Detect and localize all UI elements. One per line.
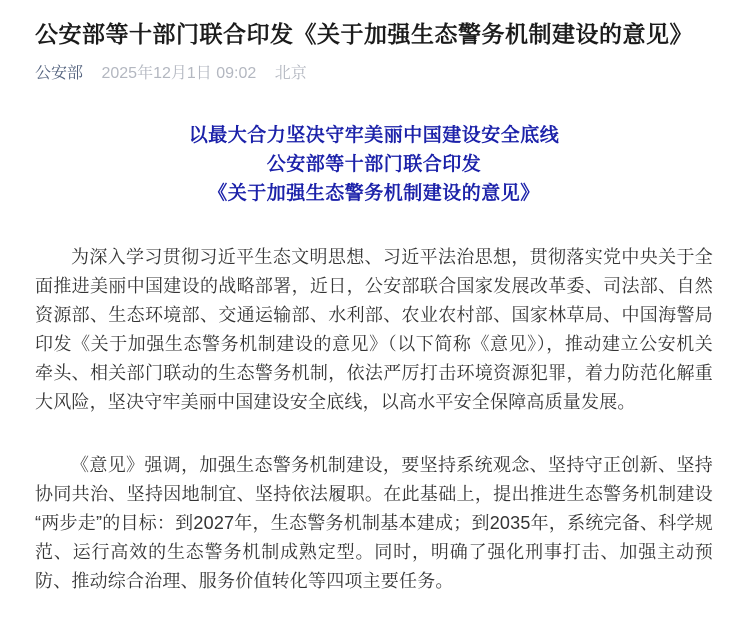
article-page: 公安部等十部门联合印发《关于加强生态警务机制建设的意见》 公安部 2025年12…	[0, 18, 748, 626]
article-body: 为深入学习贯彻习近平生态文明思想、习近平法治思想，贯彻落实党中央关于全面推进美丽…	[35, 243, 713, 596]
subheadline: 以最大合力坚决守牢美丽中国建设安全底线 公安部等十部门联合印发 《关于加强生态警…	[35, 121, 713, 208]
publish-datetime: 2025年12月1日 09:02	[101, 65, 256, 82]
body-paragraph-1: 为深入学习贯彻习近平生态文明思想、习近平法治思想，贯彻落实党中央关于全面推进美丽…	[35, 243, 713, 417]
subheadline-line-3: 《关于加强生态警务机制建设的意见》	[35, 179, 713, 208]
publish-location: 北京	[275, 65, 307, 82]
article-meta: 公安部 2025年12月1日 09:02 北京	[35, 63, 713, 85]
body-paragraph-2: 《意见》强调，加强生态警务机制建设，要坚持系统观念、坚持守正创新、坚持协同共治、…	[35, 451, 713, 596]
source-link[interactable]: 公安部	[35, 65, 83, 82]
subheadline-line-2: 公安部等十部门联合印发	[35, 150, 713, 179]
subheadline-line-1: 以最大合力坚决守牢美丽中国建设安全底线	[35, 121, 713, 150]
article-title: 公安部等十部门联合印发《关于加强生态警务机制建设的意见》	[35, 18, 713, 50]
